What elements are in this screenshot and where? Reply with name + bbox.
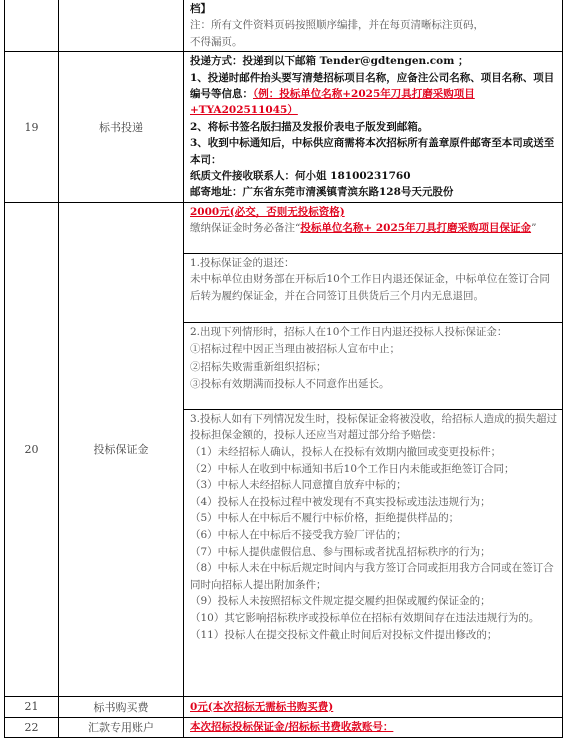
forfeit-item: （1）未经招标人确认，投标人在投标有效期内撤回或变更投标件； [190,444,558,461]
forfeit-item: （11）投标人在提交投标文件截止时间后对投标文件提出修改的； [190,627,558,644]
row-name: 汇款专用账户 [59,717,184,737]
row-content: 本次招标投标保证金/招标标书费收款账号： [184,717,563,737]
row-name: 标书购买费 [59,696,184,717]
row-number: 21 [5,696,59,717]
forfeit-item: （5）中标人在中标后不履行中标价格，拒绝提供样品的； [190,510,558,527]
forfeit-item: （4）投标人在投标过程中被发现有不真实投标或违法违规行为； [190,494,558,511]
forfeit-title: 3.投标人如有下列情况发生时，投标保证金将被没收，给招标人造成的损失超过投标担保… [190,411,558,444]
deposit-amount: 2000元(必交，否则无投标资格) [190,204,558,220]
text-line: 不得漏页。 [190,34,558,50]
text-line: 注：所有文件资料页码按照顺序编排，并在每页清晰标注页码， [190,17,558,33]
forfeit-item: （3）中标人未经招标人同意擅自放弃中标的； [190,477,558,494]
account-info: 本次招标投标保证金/招标标书费收款账号： [190,721,393,733]
row-number [5,0,59,52]
forfeit-item: （2）中标人在收到中标通知书后10个工作日内未能或拒绝签订合同； [190,461,558,478]
deposit-amount-block: 2000元(必交，否则无投标资格) 缴纳保证金时务必备注“投标单位名称+ 202… [184,203,562,253]
delivery-contact: 纸质文件接收联系人：何小姐 18100231760 [190,168,558,184]
return-item: ①招标过程中因正当理由被招标人宣布中止； [190,341,558,359]
forfeit-item: （10）其它影响招标秩序或投标单位在招标有效期间存在违法违规行为的。 [190,610,558,627]
row-number: 22 [5,717,59,737]
deposit-content: 2000元(必交，否则无投标资格) 缴纳保证金时务必备注“投标单位名称+ 202… [184,202,563,696]
forfeit-block: 3.投标人如有下列情况发生时，投标保证金将被没收，给招标人造成的损失超过投标担保… [184,409,562,696]
refund-title: 1.投标保证金的退还： [190,255,558,271]
return-item: ③投标有效期满而投标人不同意作出延长。 [190,376,558,394]
row-number: 20 [5,202,59,696]
purchase-fee: 0元(本次招标无需标书购买费) [190,701,333,713]
bid-info-table: 档】 注：所有文件资料页码按照顺序编排，并在每页清晰标注页码， 不得漏页。 19… [4,0,563,738]
delivery-item-3: 3、收到中标通知后，中标供应商需将本次招标所有盖章原件邮寄至本司或送至本司： [190,135,558,168]
row-name [59,0,184,52]
delivery-item-2: 2、将标书签名版扫描及发报价表电子版发到邮箱。 [190,119,558,135]
forfeit-item: （8）中标人未在中标后规定时间内与我方签订合同或拒用我方合同或在签订合同时向招标… [190,560,558,593]
forfeit-item: （9）投标人未按照招标文件规定提交履约担保或履约保证金的； [190,593,558,610]
return-title: 2.出现下列情形时，招标人在10个工作日内退还投标人投标保证金： [190,324,558,342]
table-row-19: 19 标书投递 投递方式：投递到以下邮箱 Tender@gdtengen.com… [5,52,563,203]
delivery-content: 投递方式：投递到以下邮箱 Tender@gdtengen.com ； 1、投递时… [184,52,563,203]
deposit-note-red: 投标单位名称+ 2025年刀具打磨采购项目保证金 [300,222,531,234]
row-name: 投标保证金 [59,202,184,696]
row-content: 档】 注：所有文件资料页码按照顺序编排，并在每页清晰标注页码， 不得漏页。 [184,0,563,52]
return-block: 2.出现下列情形时，招标人在10个工作日内退还投标人投标保证金： ①招标过程中因… [184,322,562,409]
forfeit-item: （6）中标人在中标后不接受我方验厂评估的； [190,527,558,544]
table-row-20: 20 投标保证金 2000元(必交，否则无投标资格) 缴纳保证金时务必备注“投标… [5,202,563,696]
delivery-method: 投递方式：投递到以下邮箱 Tender@gdtengen.com ； [190,53,558,69]
table-row-continuation: 档】 注：所有文件资料页码按照顺序编排，并在每页清晰标注页码， 不得漏页。 [5,0,563,52]
delivery-address: 邮寄地址：广东省东莞市清溪镇青滨东路128号天元股份 [190,184,558,200]
forfeit-item: （7）中标人提供虚假信息、参与围标或者扰乱招标秩序的行为； [190,544,558,561]
row-content: 0元(本次招标无需标书购买费) [184,696,563,717]
deposit-note-suffix: ” [531,222,536,234]
table-row-22: 22 汇款专用账户 本次招标投标保证金/招标标书费收款账号： [5,717,563,737]
row-name: 标书投递 [59,52,184,203]
refund-block: 1.投标保证金的退还： 未中标单位由财务部在开标后10个工作日内退还保证金，中标… [184,253,562,322]
return-item: ②招标失败需重新组织招标； [190,359,558,377]
text-line: 档】 [190,1,558,17]
deposit-note-prefix: 缴纳保证金时务必备注“ [190,222,300,234]
row-number: 19 [5,52,59,203]
refund-text: 未中标单位由财务部在开标后10个工作日内退还保证金，中标单位在签订合同后转为履约… [190,271,558,304]
table-row-21: 21 标书购买费 0元(本次招标无需标书购买费) [5,696,563,717]
